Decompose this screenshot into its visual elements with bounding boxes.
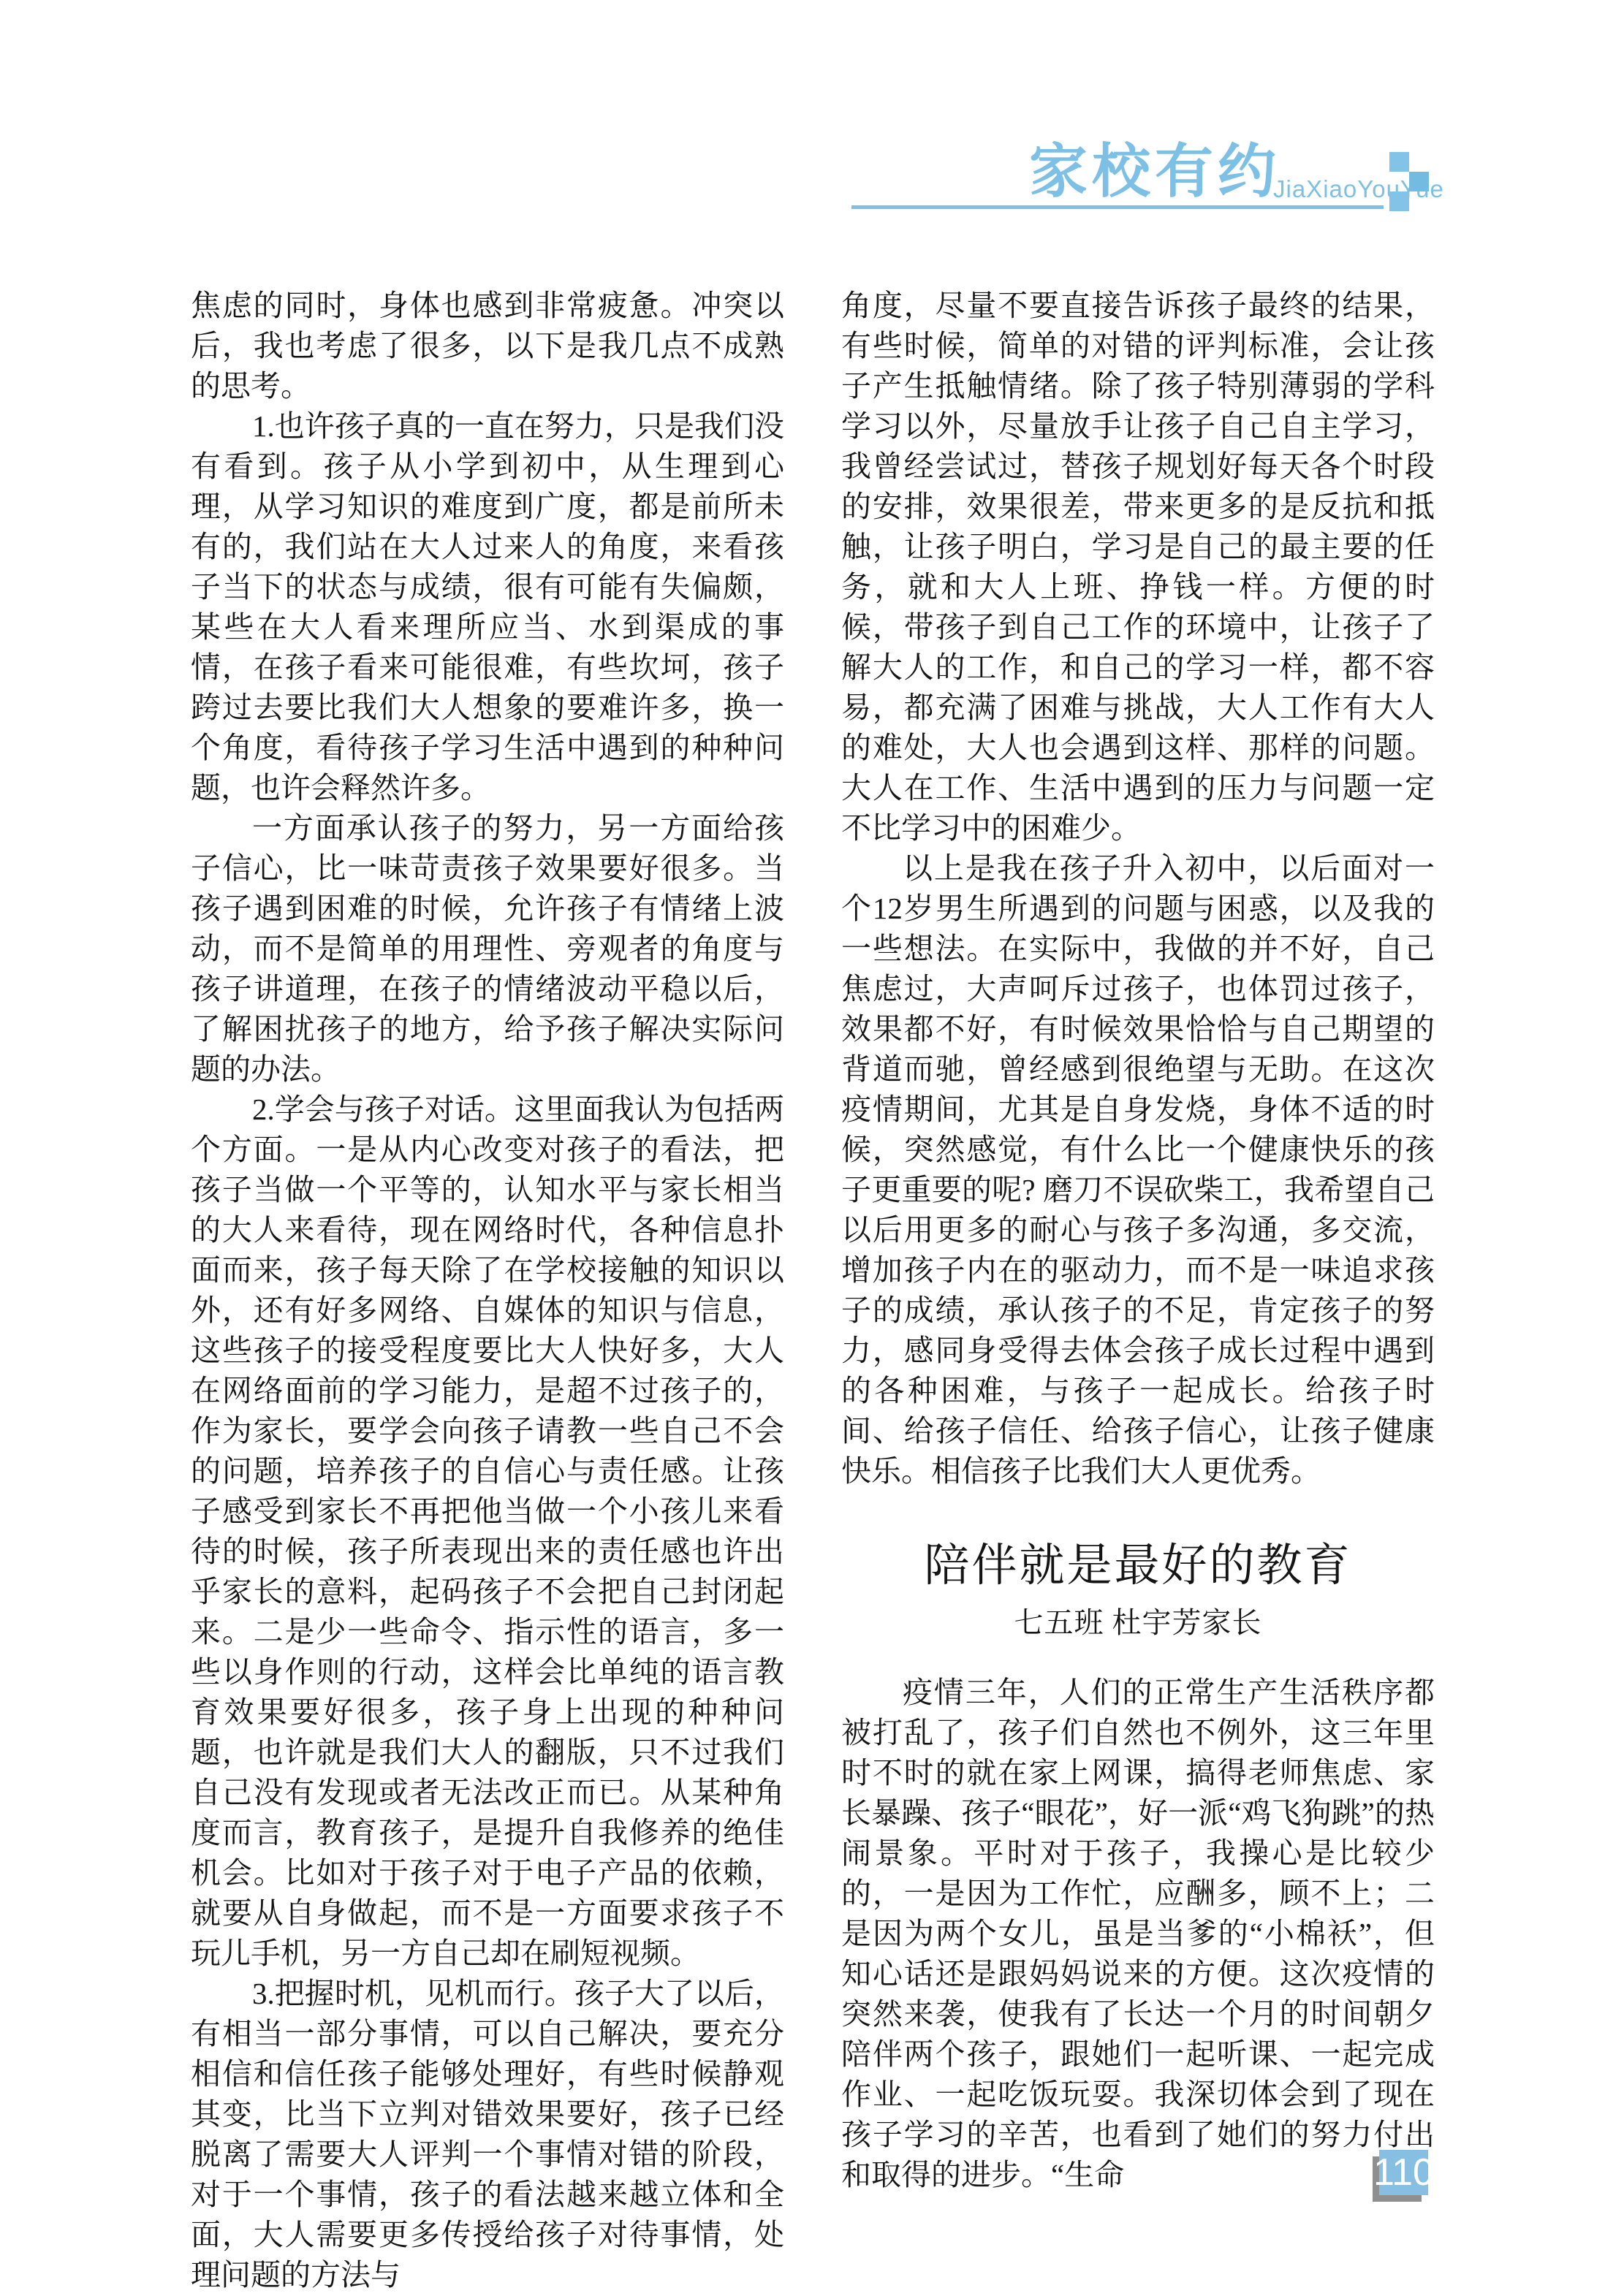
magazine-page: 家校有约 JiaXiaoYouYue 焦虑的同时，身体也感到非常疲惫。冲突以后，…: [0, 0, 1624, 2296]
page-number-badge: 110: [1379, 2150, 1428, 2195]
paragraph: 1.也许孩子真的一直在努力，只是我们没有看到。孩子从小学到初中，从生理到心理，从…: [191, 406, 784, 808]
article1-right-text: 角度，尽量不要直接告诉孩子最终的结果，有些时候，简单的对错的评判标准，会让孩子产…: [841, 286, 1435, 1491]
article2-text: 疫情三年，人们的正常生产生活秩序都被打乱了，孩子们自然也不例外，这三年里时不时的…: [841, 1673, 1435, 2195]
decorative-square-middle: [1409, 172, 1429, 191]
paragraph: 一方面承认孩子的努力，另一方面给孩子信心，比一味苛责孩子效果要好很多。当孩子遇到…: [191, 808, 784, 1090]
paragraph: 以上是我在孩子升入初中，以后面对一个12岁男生所遇到的问题与困惑，以及我的一些想…: [841, 848, 1435, 1491]
article2-title: 陪伴就是最好的教育: [841, 1537, 1435, 1595]
paragraph: 2.学会与孩子对话。这里面我认为包括两个方面。一是从内心改变对孩子的看法，把孩子…: [191, 1090, 784, 1974]
paragraph: 疫情三年，人们的正常生产生活秩序都被打乱了，孩子们自然也不例外，这三年里时不时的…: [841, 1673, 1435, 2195]
article2-byline: 七五班 杜宇芳家长: [841, 1604, 1435, 1642]
header-rule: [851, 205, 1384, 209]
decorative-square-bottom: [1389, 191, 1409, 211]
left-text-column: 焦虑的同时，身体也感到非常疲惫。冲突以后，我也考虑了很多，以下是我几点不成熟的思…: [191, 286, 784, 2295]
paragraph: 3.把握时机，见机而行。孩子大了以后，有相当一部分事情，可以自己解决，要充分相信…: [191, 1974, 784, 2295]
page-number: 110: [1373, 2154, 1434, 2192]
section-title: 家校有约: [1029, 143, 1280, 202]
right-text-column: 角度，尽量不要直接告诉孩子最终的结果，有些时候，简单的对错的评判标准，会让孩子产…: [841, 286, 1435, 2195]
paragraph: 焦虑的同时，身体也感到非常疲惫。冲突以后，我也考虑了很多，以下是我几点不成熟的思…: [191, 286, 784, 406]
decorative-square-top: [1389, 152, 1409, 172]
paragraph: 角度，尽量不要直接告诉孩子最终的结果，有些时候，简单的对错的评判标准，会让孩子产…: [841, 286, 1435, 848]
